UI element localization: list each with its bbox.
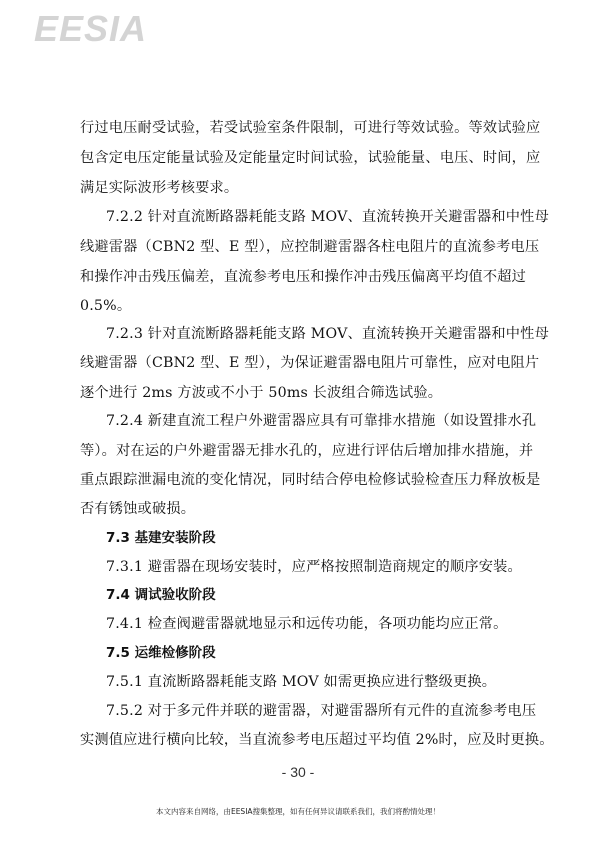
- text-line: 线避雷器（CBN2 型、E 型），为保证避雷器电阻片可靠性，应对电阻片: [80, 353, 539, 373]
- text-line: 和操作冲击残压偏差，直流参考电压和操作冲击残压偏离平均值不超过: [80, 267, 526, 287]
- clause-7-5-1: 7.5.1 直流断路器耗能支路 MOV 如需更换应进行整级更换。: [106, 672, 496, 692]
- text-line: 包含定电压定能量试验及定能量定时间试验，试验能量、电压、时间，应: [80, 148, 540, 168]
- eesia-logo: EESIA: [34, 8, 147, 50]
- footer-disclaimer: 本文内容来自网络，由EESIA搜集整理，如有任何异议请联系我们，我们将酌情处理！: [0, 806, 596, 817]
- clause-7-4-1: 7.4.1 检查阀避雷器就地显示和远传功能，各项功能均应正常。: [106, 614, 508, 634]
- clause-7-5-2: 7.5.2 对于多元件并联的避雷器，对避雷器所有元件的直流参考电压: [106, 701, 536, 721]
- text-line: 满足实际波形考核要求。: [80, 178, 238, 198]
- clause-7-3-1: 7.3.1 避雷器在现场安装时，应严格按照制造商规定的顺序安装。: [106, 557, 522, 577]
- text-line: 等）。对在运的户外避雷器无排水孔的，应进行评估后增加排水措施，并: [80, 441, 533, 461]
- text-line: 否有锈蚀或破损。: [80, 499, 195, 519]
- clause-7-2-2: 7.2.2 针对直流断路器耗能支路 MOV、直流转换开关避雷器和中性母: [106, 207, 549, 227]
- text-line: 重点跟踪泄漏电流的变化情况，同时结合停电检修试验检查压力释放板是: [80, 470, 540, 490]
- clause-7-2-3: 7.2.3 针对直流断路器耗能支路 MOV、直流转换开关避雷器和中性母: [106, 324, 549, 344]
- text-line: 行过电压耐受试验，若受试验室条件限制，可进行等效试验。等效试验应: [80, 118, 540, 138]
- section-heading-7-5: 7.5 运维检修阶段: [106, 643, 216, 663]
- section-heading-7-4: 7.4 调试验收阶段: [106, 585, 216, 605]
- text-line: 0.5%。: [80, 296, 131, 316]
- clause-7-2-4: 7.2.4 新建直流工程户外避雷器应具有可靠排水措施（如设置排水孔: [106, 411, 536, 431]
- text-line: 逐个进行 2ms 方波或不小于 50ms 长波组合筛选试验。: [80, 383, 442, 403]
- page-number: - 30 -: [0, 764, 596, 780]
- section-heading-7-3: 7.3 基建安装阶段: [106, 528, 216, 548]
- text-line: 实测值应进行横向比较，当直流参考电压超过平均值 2%时，应及时更换。: [80, 730, 554, 750]
- text-line: 线避雷器（CBN2 型、E 型），应控制避雷器各柱电阻片的直流参考电压: [80, 237, 539, 257]
